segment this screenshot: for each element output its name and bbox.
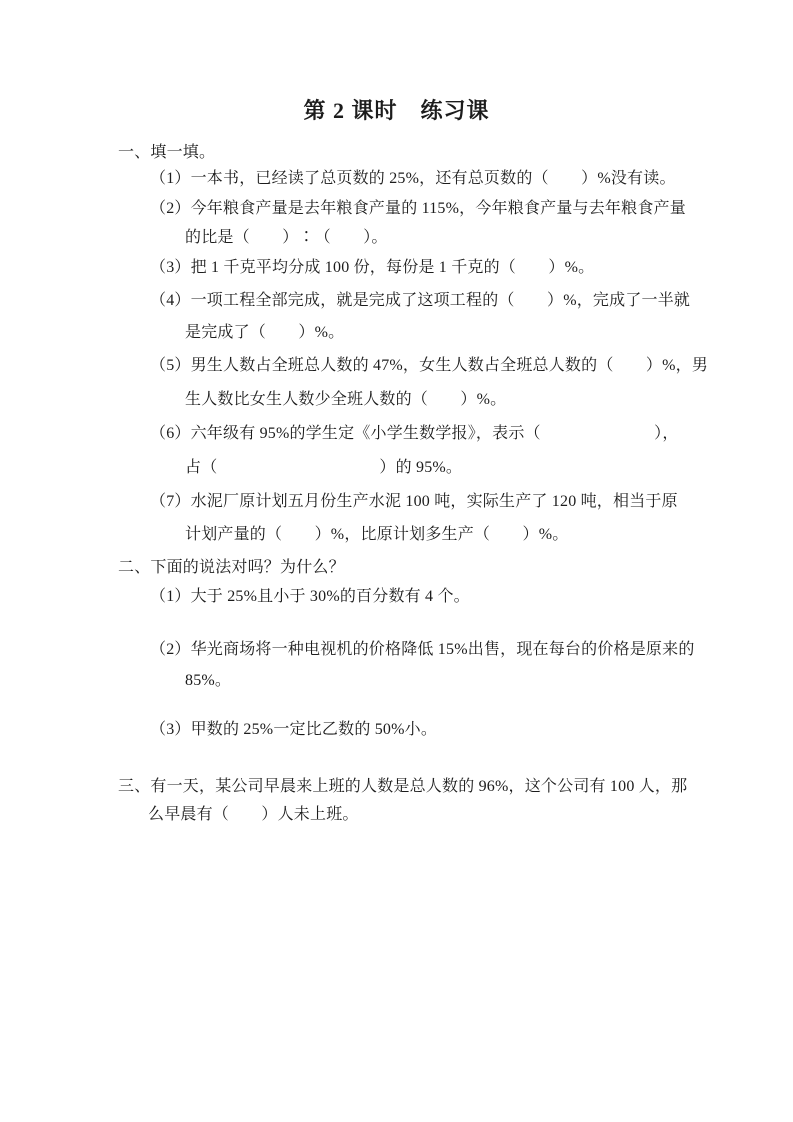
s1-q2-line2: 的比是（ ）∶（ ）。 — [185, 228, 388, 247]
s1-q6-line1: （6）六年级有 95%的学生定《小学生数学报》，表示（ ）， — [150, 424, 679, 443]
s1-q7-line1: （7）水泥厂原计划五月份生产水泥 100 吨，实际生产了 120 吨，相当于原 — [150, 492, 678, 511]
s1-q2-line1: （2）今年粮食产量是去年粮食产量的 115%，今年粮食产量与去年粮食产量 — [150, 199, 686, 218]
section-1-heading: 一、填一填。 — [118, 143, 215, 162]
s1-q1-line1: （1）一本书，已经读了总页数的 25%，还有总页数的（ ）%没有读。 — [150, 169, 676, 188]
s2-q3-line1: （3）甲数的 25%一定比乙数的 50%小。 — [150, 720, 437, 739]
s1-q7-line2: 计划产量的（ ）%，比原计划多生产（ ）%。 — [185, 525, 568, 544]
s2-q2-line1: （2）华光商场将一种电视机的价格降低 15%出售，现在每台的价格是原来的 — [150, 640, 695, 659]
s1-q4-line2: 是完成了（ ）%。 — [185, 323, 344, 342]
section-3-line1: 三、有一天，某公司早晨来上班的人数是总人数的 96%，这个公司有 100 人，那 — [118, 777, 687, 796]
worksheet-page: 第 2 课时 练习课 一、填一填。 （1）一本书，已经读了总页数的 25%，还有… — [0, 0, 793, 1122]
s2-q1-line1: （1）大于 25%且小于 30%的百分数有 4 个。 — [150, 587, 470, 606]
s1-q3-line1: （3）把 1 千克平均分成 100 份，每份是 1 千克的（ ）%。 — [150, 258, 594, 277]
s1-q6-line2: 占（ ）的 95%。 — [185, 458, 462, 477]
s2-q2-line2: 85%。 — [185, 671, 231, 690]
s1-q5-line2: 生人数比女生人数少全班人数的（ ）%。 — [185, 390, 506, 409]
page-title: 第 2 课时 练习课 — [0, 98, 793, 124]
section-2-heading: 二、下面的说法对吗？为什么？ — [118, 558, 345, 577]
s1-q5-line1: （5）男生人数占全班总人数的 47%，女生人数占全班总人数的（ ）%，男 — [150, 356, 708, 375]
section-3-line2: 么早晨有（ ）人未上班。 — [148, 805, 359, 824]
s1-q4-line1: （4）一项工程全部完成，就是完成了这项工程的（ ）%，完成了一半就 — [150, 291, 690, 310]
